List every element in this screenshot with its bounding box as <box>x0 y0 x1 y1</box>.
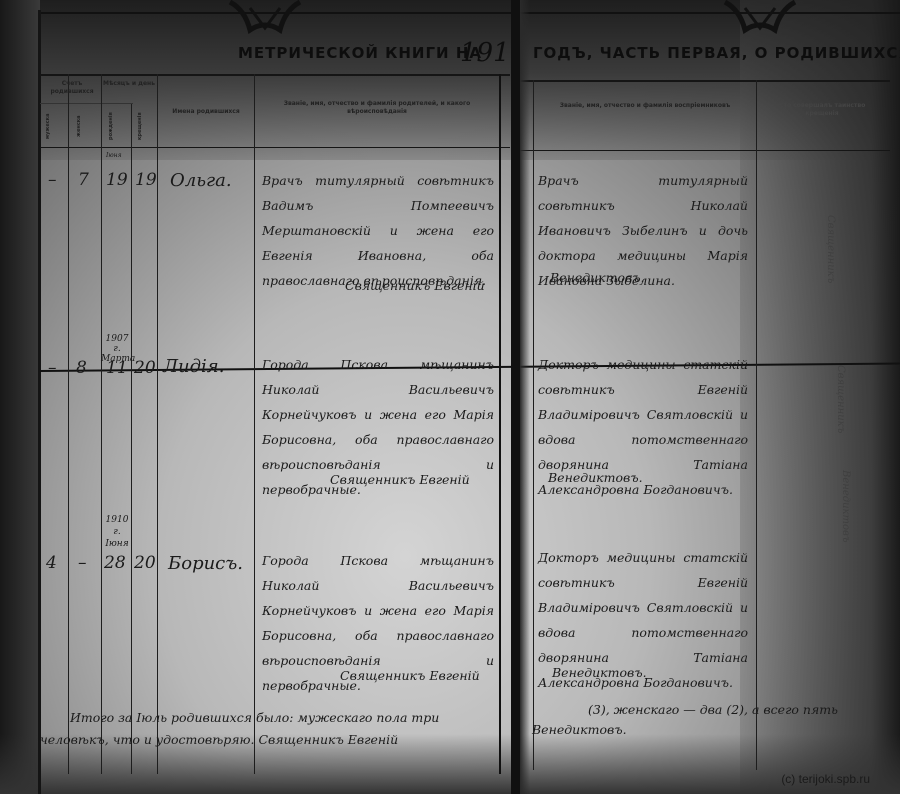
child-name: Борисъ. <box>168 553 243 574</box>
title-right: ГОДЪ, ЧАСТЬ ПЕРВАЯ, О РОДИВШИХСЯ <box>533 44 900 62</box>
child-name: Лидія. <box>163 356 224 377</box>
godparents-signature: Венедиктовъ. <box>548 470 643 485</box>
female-number: – <box>78 553 87 573</box>
gutter-shadow <box>520 0 530 794</box>
title-left: МЕТРИЧЕСКОЙ КНИГИ НА <box>238 44 482 62</box>
header-month-day: Мѣсяцъ и день <box>103 80 155 88</box>
subheader-rule <box>40 103 133 104</box>
child-name: Ольга. <box>170 170 232 191</box>
priest-signature: Священникъ Евгеній <box>345 278 485 293</box>
header-performer: Кто совершалъ таинство крещенія <box>762 102 882 119</box>
parents-text: Врачъ титулярный совѣтникъ Вадимъ Помпее… <box>262 168 494 293</box>
margin-note: Священникъ <box>825 215 836 283</box>
baptism-day: 20 <box>134 358 156 378</box>
page-border <box>38 10 41 794</box>
column-rule <box>254 74 255 774</box>
header-parents: Званіе, имя, отчество и фамилія родителе… <box>258 100 496 117</box>
column-rule <box>157 74 158 774</box>
column-rule <box>756 80 757 770</box>
column-rule <box>68 74 69 774</box>
female-number: 7 <box>78 170 89 190</box>
column-rule <box>131 104 132 774</box>
summary-line-2-left: человѣкъ, что и удостовѣряю. Священникъ … <box>40 732 398 747</box>
priest-signature: Священникъ Евгеній <box>330 472 470 487</box>
male-number: – <box>48 170 57 190</box>
birth-day: 19 <box>106 170 128 190</box>
birth-month-note: Іюня <box>106 152 122 159</box>
baptism-day: 19 <box>135 170 157 190</box>
header-top-rule <box>40 74 510 76</box>
header-birth: рожденія <box>108 110 115 142</box>
summary-line-1-left: Итого за Іюль родившихся было: мужескаго… <box>70 710 439 725</box>
birth-month-note: 1910 г. Іюня <box>101 514 133 550</box>
watermark: (c) terijoki.spb.ru <box>781 772 870 786</box>
birth-day: 11 <box>106 358 128 378</box>
column-rule <box>499 74 501 774</box>
header-birth-number: Счетъ родившихся <box>42 80 102 97</box>
margin-note: Священникъ <box>835 365 846 433</box>
priest-signature: Священникъ Евгеній <box>340 668 480 683</box>
header-godparents: Званіе, имя, отчество и фамилія воспріем… <box>545 102 745 110</box>
female-number: 8 <box>76 358 87 378</box>
header-male: мужеска <box>45 110 52 142</box>
header-bottom-rule <box>40 147 510 148</box>
godparents-signature: Венедиктовъ. <box>550 270 645 285</box>
header-bottom-rule <box>520 150 890 151</box>
column-rule <box>101 74 102 774</box>
book-gutter <box>511 0 520 794</box>
header-female: женска <box>76 110 83 142</box>
ornament-icon <box>720 0 800 36</box>
shadow-left <box>0 0 40 794</box>
summary-line-2-right: Венедиктовъ. <box>532 722 627 737</box>
birth-day: 28 <box>104 553 126 573</box>
male-number: 4 <box>46 553 57 573</box>
baptism-day: 20 <box>134 553 156 573</box>
ornament-icon <box>225 0 305 36</box>
margin-note: Венедиктовъ <box>840 470 851 543</box>
column-rule <box>533 80 534 770</box>
header-child-name: Имена родившихся <box>160 108 252 116</box>
shadow-right <box>740 0 900 794</box>
godparents-signature: Венедиктовъ. <box>552 665 647 680</box>
header-top-rule <box>520 80 890 82</box>
header-baptism: крещенія <box>137 110 144 142</box>
male-number: – <box>48 358 57 378</box>
summary-line-1-right: (3), женскаго — два (2), а всего пять <box>588 702 838 717</box>
